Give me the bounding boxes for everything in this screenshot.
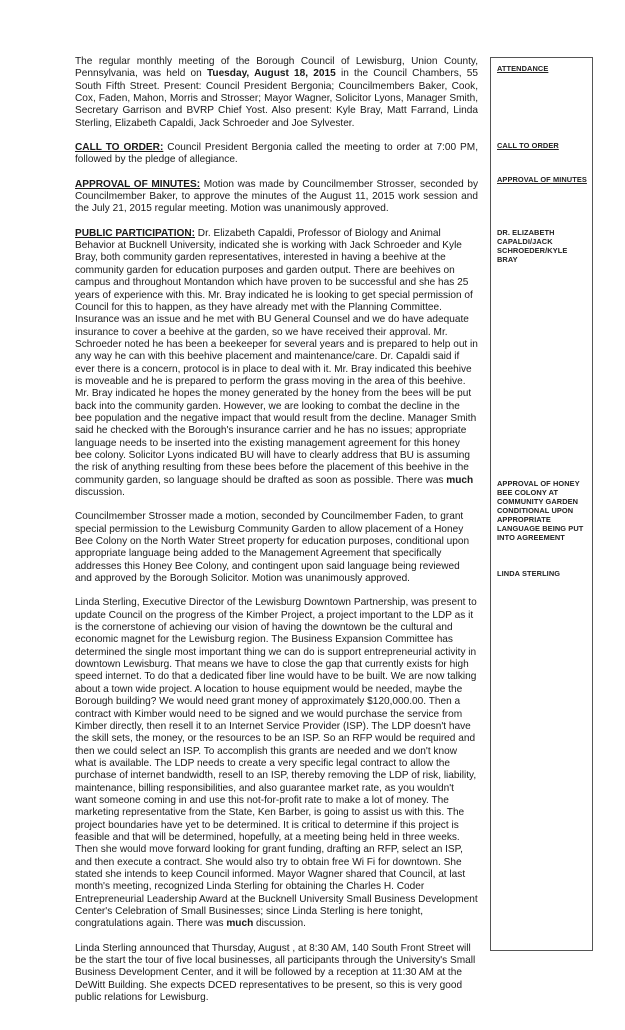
margin-label-linda-sterling: LINDA STERLING <box>497 569 589 578</box>
emphasis-much: much <box>446 475 473 486</box>
linda-sterling-paragraph: Linda Sterling, Executive Director of th… <box>75 597 478 930</box>
public-participation-heading: PUBLIC PARTICIPATION: <box>75 228 195 239</box>
margin-label-call-to-order: CALL TO ORDER <box>497 141 589 150</box>
tour-announcement-text: Linda Sterling announced that Thursday, … <box>75 943 475 1003</box>
approval-of-minutes-heading: APPROVAL OF MINUTES: <box>75 179 200 190</box>
margin-label-honey-bee: APPROVAL OF HONEY BEE COLONY AT COMMUNIT… <box>497 479 589 542</box>
honey-bee-motion-text: Councilmember Strosser made a motion, se… <box>75 511 469 584</box>
margin-label-attendance: ATTENDANCE <box>497 64 589 73</box>
public-participation-end: discussion. <box>75 487 125 498</box>
minutes-page: The regular monthly meeting of the Borou… <box>0 0 625 1030</box>
call-to-order-paragraph: CALL TO ORDER: Council President Bergoni… <box>75 142 478 167</box>
margin-label-approval-of-minutes: APPROVAL OF MINUTES <box>497 175 589 184</box>
honey-bee-motion-paragraph: Councilmember Strosser made a motion, se… <box>75 511 478 585</box>
public-participation-paragraph: PUBLIC PARTICIPATION: Dr. Elizabeth Capa… <box>75 228 478 500</box>
margin-label-public-participation: DR. ELIZABETH CAPALDI/JACK SCHROEDER/KYL… <box>497 228 589 264</box>
emphasis-much: much <box>226 918 253 929</box>
public-participation-text: Dr. Elizabeth Capaldi, Professor of Biol… <box>75 228 478 486</box>
linda-sterling-text: Linda Sterling, Executive Director of th… <box>75 597 478 929</box>
linda-sterling-end: discussion. <box>253 918 306 929</box>
tour-announcement-paragraph: Linda Sterling announced that Thursday, … <box>75 943 478 1005</box>
meeting-date: Tuesday, August 18, 2015 <box>207 68 336 79</box>
minutes-body: The regular monthly meeting of the Borou… <box>75 56 478 1016</box>
attendance-paragraph: The regular monthly meeting of the Borou… <box>75 56 478 130</box>
approval-of-minutes-paragraph: APPROVAL OF MINUTES: Motion was made by … <box>75 179 478 216</box>
call-to-order-heading: CALL TO ORDER: <box>75 142 163 153</box>
